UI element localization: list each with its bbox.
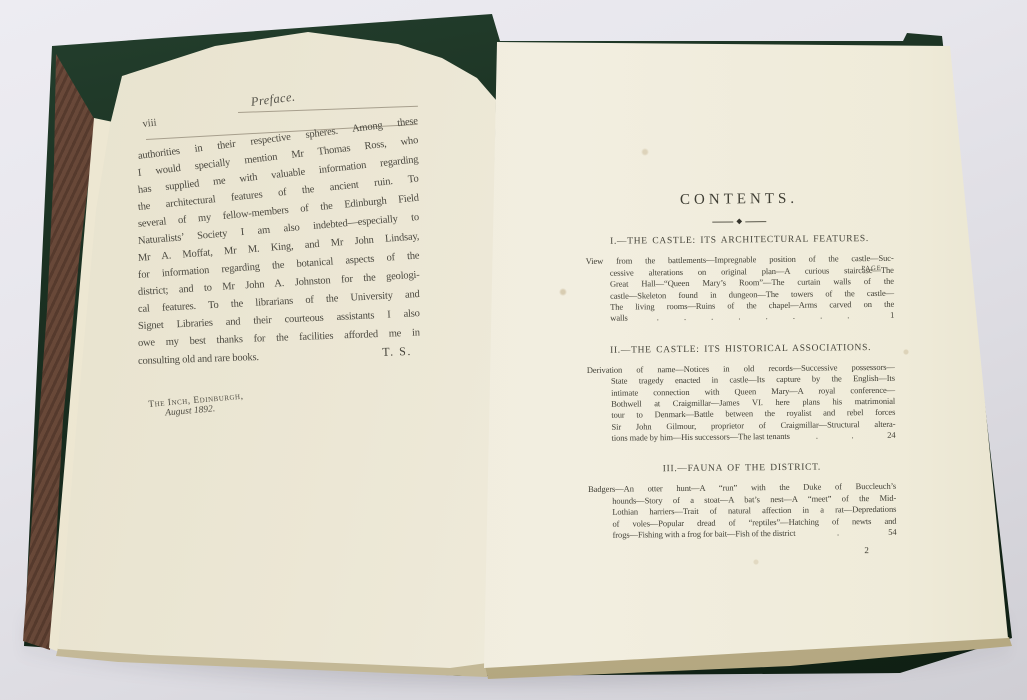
entry-final-text: frogs—Fishing with a frog for bait—Fish … xyxy=(612,528,795,541)
entry-page-number: 54 xyxy=(880,527,896,539)
open-book-photo: Preface. viii authorities in their respe… xyxy=(0,0,1027,700)
contents-section-1: I.—THE CASTLE: ITS ARCHITECTURAL FEATURE… xyxy=(585,234,894,325)
contents-ornament xyxy=(712,220,766,225)
author-initials: T. S. xyxy=(382,343,412,361)
section-1-heading: I.—THE CASTLE: ITS ARCHITECTURAL FEATURE… xyxy=(585,234,893,249)
dot-leader: . . . . . . . . xyxy=(628,310,879,324)
contents-section-3: III.—FAUNA OF THE DISTRICT. Badgers—An o… xyxy=(588,462,897,541)
contents-title: CONTENTS. xyxy=(585,193,893,208)
section-3-entry: Badgers—An otter hunt—A “run” with the D… xyxy=(588,481,896,530)
section-2-final-line: tions made by him—His successors—The las… xyxy=(587,430,895,445)
ornament-rule-right xyxy=(745,221,766,222)
contents-section-2: II.—THE CASTLE: ITS HISTORICAL ASSOCIATI… xyxy=(587,343,896,445)
diamond-icon xyxy=(736,219,742,225)
section-1-entry: View from the battlements—Impregnable po… xyxy=(586,253,895,313)
entry-final-text: tions made by him—His successors—The las… xyxy=(611,431,789,444)
dot-leader: . . xyxy=(790,430,880,442)
dot-leader: . xyxy=(795,527,880,539)
entry-page-number: 1 xyxy=(878,310,894,322)
entry-page-number: 24 xyxy=(879,430,895,442)
page-number-viii: viii xyxy=(142,118,157,130)
preface-paragraph: authorities in their respective spheres.… xyxy=(138,148,420,352)
preface-body: authorities in their respective spheres.… xyxy=(138,148,420,369)
section-1-final-line: walls . . . . . . . . 1 xyxy=(586,310,894,325)
ornament-rule-left xyxy=(712,221,733,222)
entry-final-text: walls xyxy=(610,313,628,325)
preface-last-line-text: consulting old and rare books. xyxy=(138,349,259,370)
page-column-label: PAGE xyxy=(861,263,882,275)
sheet-signature-number: 2 xyxy=(864,545,869,556)
contents-body: CONTENTS. PAGE I.—THE CASTLE: ITS ARCHIT… xyxy=(585,193,897,542)
section-2-entry: Derivation of name—Notices in old record… xyxy=(587,362,896,434)
section-2-heading: II.—THE CASTLE: ITS HISTORICAL ASSOCIATI… xyxy=(587,343,895,358)
section-3-heading: III.—FAUNA OF THE DISTRICT. xyxy=(588,462,896,477)
